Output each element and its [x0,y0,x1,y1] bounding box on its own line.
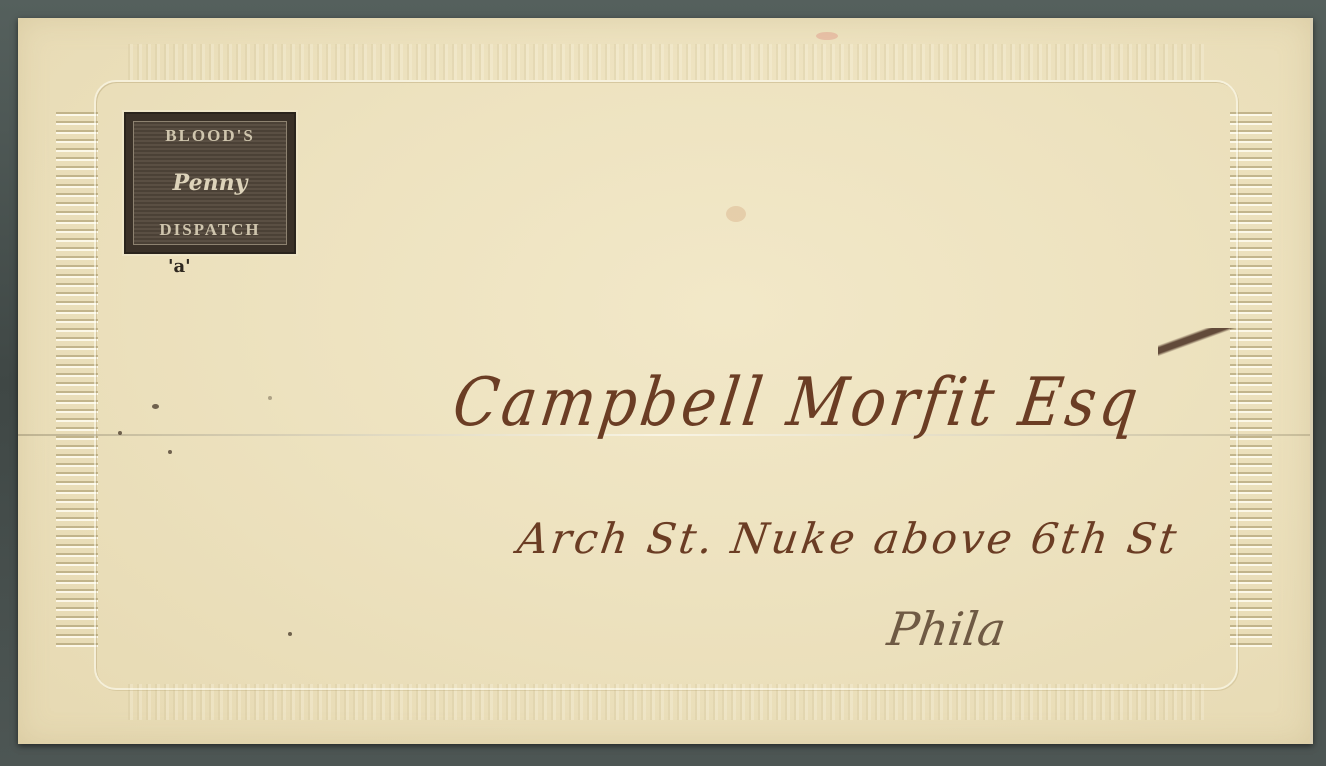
address-line-2: Arch St. Nuke above 6th St [515,514,1183,563]
spot [152,404,159,409]
spot [168,450,172,454]
spot [268,396,272,400]
spot [288,632,292,636]
stain [816,32,838,40]
spot [118,431,122,435]
envelope: BLOOD'S Penny DISPATCH 'a' Campbell Morf… [18,18,1313,744]
ink-smudge [1158,328,1238,356]
stamp-middle-text: Penny [173,170,248,196]
stain [726,206,746,222]
embossed-ribs-left [56,112,98,652]
stamp-design: BLOOD'S Penny DISPATCH [133,121,287,245]
postage-stamp: BLOOD'S Penny DISPATCH [124,112,296,254]
address-line-3: Phila [884,602,1009,656]
embossed-band-top [128,44,1208,80]
stamp-bottom-text: DISPATCH [159,220,260,240]
stamp-top-text: BLOOD'S [165,126,255,146]
address-line-1: Campbell Morfit Esq [449,363,1147,441]
stamp-mark: 'a' [168,256,191,277]
